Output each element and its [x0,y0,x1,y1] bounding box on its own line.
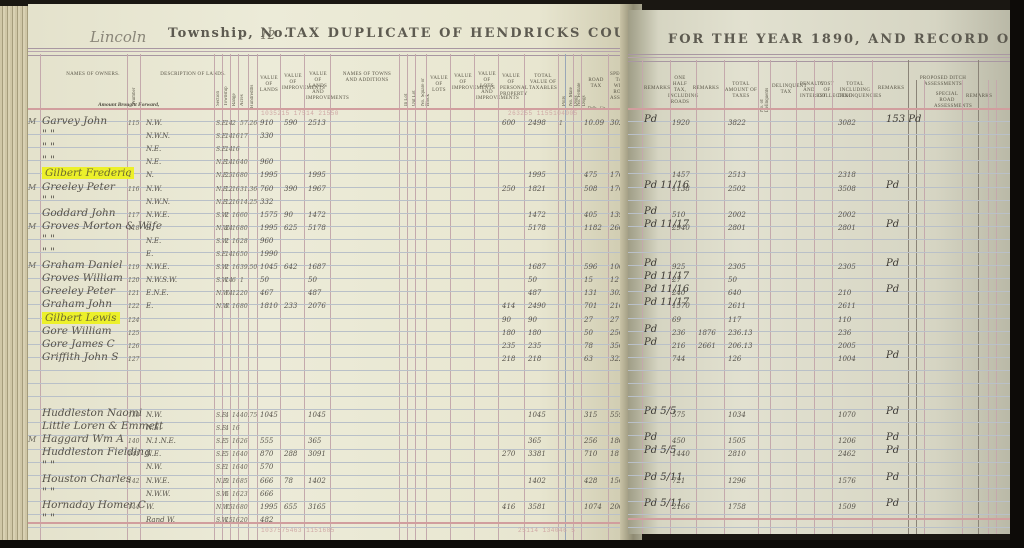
cell-desc: N.W.E. [146,477,169,485]
cell-v-lands: 910 [260,119,273,127]
cell-rng: 2 [232,120,236,127]
cell-ditch: 236 [838,329,851,337]
cell-half: 240 [672,289,685,297]
cell-desc: N.W.N. [146,198,170,206]
cell-total-amt: 3822 [728,119,746,127]
cell-v-imp: 642 [284,263,297,271]
table-row-right [628,421,1012,435]
cell-half: 236 [672,329,685,337]
cell-name: Goddard John [42,207,116,219]
table-row-right: Pd 11/16113825023508Pd [628,182,1012,196]
cell-acres: 40.75 [240,412,257,419]
col-hundredths-header: Hundredths [250,78,255,108]
cell-half: 721 [672,477,685,485]
table-row-right: Pd192038223082153 Pd [628,116,1012,130]
cell-num: 122 [128,303,139,310]
cell-acres: 31.36 [240,186,257,193]
table-row-right: 69117110 [628,313,1012,327]
cell-taxables: 1821 [528,185,546,193]
header-rule [28,48,628,56]
cell-v-total: 1995 [308,171,326,179]
cell-twp: 5 [225,491,229,498]
cell-twp: 5 [225,303,229,310]
cell-half: 510 [672,211,685,219]
cell-name: Gore William [42,325,112,337]
col-remarks3-header: Remarks [878,86,904,92]
cell-name: " " [42,246,55,258]
cell-rng: 16 [232,491,240,498]
cell-ditch: 2318 [838,171,856,179]
col-total-amount-header: Total Amount of Taxes [724,82,758,100]
col-delinquents-header: No. of Delinquents [760,76,770,112]
cell-v-imp: 655 [284,503,297,511]
cell-half-extra: 2661 [698,342,716,350]
cell-v-imp: 625 [284,224,297,232]
cell-remark: Pd [644,432,657,443]
cell-desc: N.W.N. [146,132,170,140]
cell-total-amt: 206.13 [728,342,753,350]
col-township-header: Township [224,82,229,106]
cell-num: 140 [128,438,139,445]
cell-acres: 57.26 [240,120,257,127]
right-page: FOR THE YEAR 1890, AND RECORD OF APRIL A… [628,10,1012,534]
cell-total-amt: 2513 [728,171,746,179]
cell-rng: 16 [232,264,240,271]
cell-ditch: 110 [838,316,851,324]
col-penalty-header: Penalty and Interest [800,82,818,100]
cell-v-imp: 390 [284,185,297,193]
cell-road: 50 [584,329,593,337]
cell-desc: N. [146,171,154,179]
cell-half: 1920 [672,119,690,127]
col-value-lots-improvements-header: Value of Lots and Improvements [476,72,498,102]
cell-v-total: 1402 [308,477,326,485]
table-row-right: Pd45015051206Pd [628,434,1012,448]
cell-rng: 16 [232,451,240,458]
cell-ditch: 2305 [838,263,856,271]
cell-road: 15 [584,276,593,284]
cell-num: 125 [128,330,139,337]
cell-taxables: 90 [528,316,537,324]
cell-ditch: 1576 [838,477,856,485]
cell-v-lands: 482 [260,516,273,524]
table-row: MGarvey John115N.W.S.E.14257.26910590251… [28,116,628,130]
cell-v-total: 365 [308,437,321,445]
cell-personal: 414 [502,302,515,310]
cell-num: 121 [128,290,139,297]
cell-v-lands: 332 [260,198,273,206]
cell-acres: 80 [240,504,248,511]
cell-ditch: 2005 [838,342,856,350]
col-range-header: Range [232,82,237,106]
col-value-personal-header: Value of Personal Property [500,74,522,98]
cell-desc: E.N.E. [146,289,169,297]
cell-half: 2166 [672,503,690,511]
cell-half: 69 [672,316,681,324]
cell-half: 925 [672,263,685,271]
cell-remark: Pd [644,206,657,217]
table-row-right [628,460,1012,474]
cell-taxables: 218 [528,355,541,363]
cell-acres: 1 [240,277,244,284]
col-value-lands-header: Value of Lands [258,76,280,94]
cell-personal: 416 [502,503,515,511]
cell-acres: 85 [240,478,248,485]
cell-rng: 16 [232,212,240,219]
cell-acres: 40 [240,464,248,471]
table-row: " "N.E.S.E.1416 [28,142,628,156]
cell-taxables: 3581 [528,503,546,511]
cell-desc: N.W. [146,185,162,193]
cell-road: 1182 [584,224,602,232]
cell-rng: 16 [232,425,240,432]
cell-num: 116 [128,186,139,193]
cell-name: Graham John [42,298,112,310]
cell-ditch: 2002 [838,211,856,219]
cell-total-amt: 50 [728,276,737,284]
cell-ditch-remark: Pd [886,219,899,230]
cell-acres: 26 [240,438,248,445]
cell-acres: 14.25 [240,199,257,206]
cell-desc: N.W.W. [146,490,170,498]
cell-twp: 1 [225,464,229,471]
cell-ditch-remark: Pd [886,284,899,295]
cell-half: 27 [672,276,681,284]
cell-acres: 40 [240,451,248,458]
cell-taxables: 1402 [528,477,546,485]
cell-v-lands: 1575 [260,211,278,219]
col-names-towns-header: NAMES OF TOWNS AND ADDITIONS [338,72,396,84]
cell-v-total: 1045 [308,411,326,419]
cell-v-lands: 960 [260,158,273,166]
cell-rng: 16 [232,303,240,310]
cell-ditch-remark: Pd [886,406,899,417]
cell-num: 142 [128,478,139,485]
cell-num: 119 [128,264,139,271]
cell-desc: E. [146,302,153,310]
cell-rng: 6 [232,277,236,284]
cell-acres: 80 [240,225,248,232]
shadow-bottom [0,540,1024,548]
cell-name: Gilbert Lewis [42,312,120,324]
carried-forward-values: 1037575463 1151685 [261,527,335,534]
cell-ditch: 1509 [838,503,856,511]
cell-v-total: 1472 [308,211,326,219]
cell-personal: 218 [502,355,515,363]
cell-prefix: M [28,117,36,126]
table-row: Greeley Peter121E.N.E.N.W.14122046748748… [28,286,628,300]
table-row-right: Pd 5/5144028102462Pd [628,447,1012,461]
cell-desc: N.1.N.E. [146,437,176,445]
table-row: Hornaday Homer C144W.N.W.151680199565531… [28,500,628,514]
cell-name: Griffith John S [42,351,118,363]
cell-twp: 4 [225,412,229,419]
table-row-right [628,234,1012,248]
cell-name: " " [42,233,55,245]
cell-rng: 16 [232,172,240,179]
cell-prefix: M [28,222,36,231]
cell-ditch: 1070 [838,411,856,419]
cell-prefix: M [28,261,36,270]
cell-name: " " [42,194,55,206]
cell-total-amt: 2002 [728,211,746,219]
cell-num: 127 [128,356,139,363]
cell-name: Haggard Wm A [42,433,124,445]
cell-total-amt: 1505 [728,437,746,445]
cell-ditch: 210 [838,289,851,297]
col-total-value-header: Total Value of Taxables [528,74,558,92]
cell-remark: Pd [644,258,657,269]
shadow-right [1010,0,1024,548]
cell-ditch: 3508 [838,185,856,193]
cell-road: 78 [584,342,593,350]
cell-remark: Pd [644,324,657,335]
cell-desc: Rand W. [146,516,175,524]
cell-half: 450 [672,437,685,445]
table-row: Groves William120N.W.S.W.S.W.14615050501… [28,273,628,287]
cell-twp: 9 [225,478,229,485]
cell-v-lands: 870 [260,450,273,458]
cell-desc: N.W. [146,119,162,127]
cell-name: " " [42,128,55,140]
cell-remark: Pd [644,337,657,348]
cell-v-total: 2076 [308,302,326,310]
table-row: Huddleston Fielding141N.E.S.E.5164087028… [28,447,628,461]
col-value-improvements2-header: Value of Improvements [452,74,474,92]
cell-rng: 16 [232,159,240,166]
table-row: Houston Charles142N.W.E.N.E.916856667814… [28,474,628,488]
cell-ditch: 1206 [838,437,856,445]
cell-rng: 12 [232,290,240,297]
cell-v-imp: 90 [284,211,293,219]
table-row-right: Pd2361876236.13236 [628,326,1012,340]
cell-rng: 16 [232,251,240,258]
page-edges [0,6,30,542]
cell-prefix: M [28,183,36,192]
cell-rng: 16 [232,464,240,471]
col-value-lots-header: Value of Lots [428,76,450,94]
cell-acres: 20 [240,290,248,297]
table-row-right: Pd 5/1172112961576Pd [628,474,1012,488]
cell-desc: N.E. [146,145,161,153]
cell-name: Greeley Peter [42,181,115,193]
cell-ditch-remark: Pd [886,350,899,361]
cell-v-lands: 1990 [260,250,278,258]
cell-taxables: 1472 [528,211,546,219]
cell-desc: N.E. [146,158,161,166]
cell-ditch-remark: Pd [886,498,899,509]
cell-v-imp: 590 [284,119,297,127]
amount-brought-forward-label: Amount Brought Forward, [98,102,159,108]
cell-name: Gilbert Frederic [42,167,134,179]
cell-ditch: 1004 [838,355,856,363]
cell-name: Graham Daniel [42,259,122,271]
cell-twp: 2 [225,238,229,245]
cell-name: " " [42,512,55,524]
cell-ditch: 3082 [838,119,856,127]
cell-rng: 16 [232,517,240,524]
cell-v-total: 50 [308,276,317,284]
cell-road: 596 [584,263,597,271]
cell-v-total: 487 [308,289,321,297]
table-row-right: 7441261004Pd [628,352,1012,366]
cell-total-amt: 236.13 [728,329,753,337]
cell-poll: 1 [559,120,563,127]
table-row: " "N.E.S.W.21628960 [28,234,628,248]
cell-rng: 16 [232,133,240,140]
col-number-header: Number [132,84,137,104]
cell-rng: 16 [232,478,240,485]
cell-desc: N.W.S.W. [146,276,177,284]
table-row: Gore William12518018050250 [28,326,628,340]
cell-personal: 250 [502,185,515,193]
col-remarks4-header: Remarks [966,94,988,100]
cell-road: 475 [584,171,597,179]
table-row: MGreeley Peter116N.W.N.E.121631.36760390… [28,182,628,196]
cell-v-lands: 1995 [260,171,278,179]
cell-desc: N.E. [146,424,161,432]
col-half-tax-header: One Half Tax, Including Roads [668,76,692,106]
cell-rng: 16 [232,504,240,511]
cell-name: Houston Charles [42,473,131,485]
cell-road: 63 [584,355,593,363]
cell-acres: 28 [240,238,248,245]
cell-total-amt: 2810 [728,450,746,458]
cell-acres: 20 [240,517,248,524]
cell-road: 508 [584,185,597,193]
cell-total-amt: 117 [728,316,741,324]
cell-num: 141 [128,451,139,458]
cell-special: 12 [610,276,619,284]
col-total-including-header: Total Including Delinquencies [838,82,872,100]
header-rule-right [628,54,1012,62]
cell-rng: 14 [232,412,240,419]
table-row-right: Pd 11/17157026112611 [628,299,1012,313]
cell-ditch-remark: Pd [886,180,899,191]
cell-half: 1570 [672,302,690,310]
cell-taxables: 1995 [528,171,546,179]
cell-name: " " [42,459,55,471]
cell-total-amt: 1758 [728,503,746,511]
cell-taxables: 235 [528,342,541,350]
cell-desc: E. [146,224,153,232]
cell-name: Groves Morton & Wife [42,220,162,232]
col-value-improvements-header: Value of Improvements [282,74,304,92]
cell-desc: E. [146,250,153,258]
cell-v-lands: 960 [260,237,273,245]
table-row: MGroves Morton & Wife118E.N.W.2416801995… [28,221,628,235]
cell-taxables: 1045 [528,411,546,419]
cell-v-lands: 1995 [260,224,278,232]
cell-num: 115 [128,120,139,127]
table-row-right [628,155,1012,169]
cell-taxables: 50 [528,276,537,284]
cell-desc: N.W.E. [146,263,169,271]
cell-v-lands: 666 [260,477,273,485]
col-names-header: NAMES OF OWNERS. [58,72,128,78]
cell-v-lands: 50 [260,276,269,284]
cell-num: 138 [128,412,139,419]
table-row-right: Pd 5/557510341070Pd [628,408,1012,422]
cell-road: 27 [584,316,593,324]
cell-road: 10.09 [584,119,604,127]
table-row: Griffith John S12721821863322 [28,352,628,366]
ledger-book: Lincoln Township, No. 12 TAX DUPLICATE O… [0,0,1024,548]
table-row-right [628,247,1012,261]
cell-desc: N.W. [146,411,162,419]
cell-total-amt: 1034 [728,411,746,419]
cell-rng: 16 [232,186,240,193]
township-number: 12 [260,28,275,42]
table-row: " "Rand W.S.W.151620482 [28,513,628,527]
cell-name: " " [42,486,55,498]
cell-acres: 80 [240,303,248,310]
col-ditch-assessments-header: Proposed Ditch Assessments [910,76,976,88]
cell-half: 575 [672,411,685,419]
cell-name: Groves William [42,272,123,284]
table-row-right [628,142,1012,156]
table-row: " "N.W.N.S.E.141617330 [28,129,628,143]
cell-total-amt: 640 [728,289,741,297]
cell-half-extra: 1876 [698,329,716,337]
cell-remark: Pd [644,114,657,125]
cell-v-total: 2513 [308,119,326,127]
cell-v-total: 3091 [308,450,326,458]
cell-name: " " [42,154,55,166]
table-row-right [628,487,1012,501]
cell-total-amt: 126 [728,355,741,363]
cell-rng: 16 [232,438,240,445]
cell-personal: 90 [502,316,511,324]
cell-total-amt: 2801 [728,224,746,232]
cell-acres: 60 [240,212,248,219]
cell-road: 131 [584,289,597,297]
col-remarks-header: Remarks [644,86,668,92]
cell-twp: 5 [225,438,229,445]
cell-v-lands: 1995 [260,503,278,511]
cell-special: 27 [610,316,619,324]
cell-road: 256 [584,437,597,445]
table-row: Gilbert Frederic1N.N.E.25168019951995199… [28,168,628,182]
cell-twp: 5 [225,451,229,458]
cell-ditch-remark: Pd [886,472,899,483]
cell-acres: 50 [240,251,248,258]
cell-taxables: 487 [528,289,541,297]
carried-forward-totals: 25114 134046 5 [518,527,575,534]
cell-v-lands: 330 [260,132,273,140]
cell-ditch: 2801 [838,224,856,232]
cell-name: Garvey John [42,115,107,127]
cell-twp: 2 [225,212,229,219]
table-row-right [628,195,1012,209]
col-section-header: Section [216,82,221,106]
cell-num: 1 [128,172,132,179]
cell-num: 120 [128,277,139,284]
cell-rng: 16 [232,199,240,206]
cell-remark: Pd 11/17 [644,271,689,282]
cell-v-imp: 78 [284,477,293,485]
cell-rng: 16 [232,225,240,232]
township-name: Lincoln [90,28,146,46]
cell-total-amt: 2305 [728,263,746,271]
cell-v-lands: 555 [260,437,273,445]
cell-rng: 16 [232,146,240,153]
cell-taxables: 2498 [528,119,546,127]
table-row-right [628,129,1012,143]
cell-num: 117 [128,212,139,219]
cell-v-lands: 1045 [260,411,278,419]
cell-name: Greeley Peter [42,285,115,297]
